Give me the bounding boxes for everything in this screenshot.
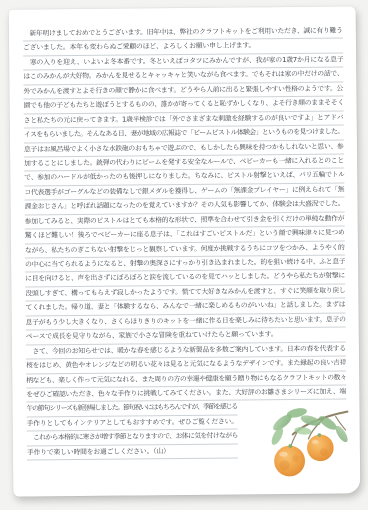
mikan-branch-illustration (256, 397, 353, 488)
page: { "page": { "background_color": "#f3f3f1… (0, 0, 368, 510)
letter-line: 手作りで楽しい時間をお過ごしください。（山） (27, 444, 238, 460)
letter-paper: 新年明けましておめでとうございます。旧年中は、弊社のクラフトキットをご利用いただ… (9, 6, 361, 496)
oranges (274, 433, 334, 476)
letter-body: 新年明けましておめでとうございます。旧年中は、弊社のクラフトキットをご利用いただ… (23, 24, 347, 460)
